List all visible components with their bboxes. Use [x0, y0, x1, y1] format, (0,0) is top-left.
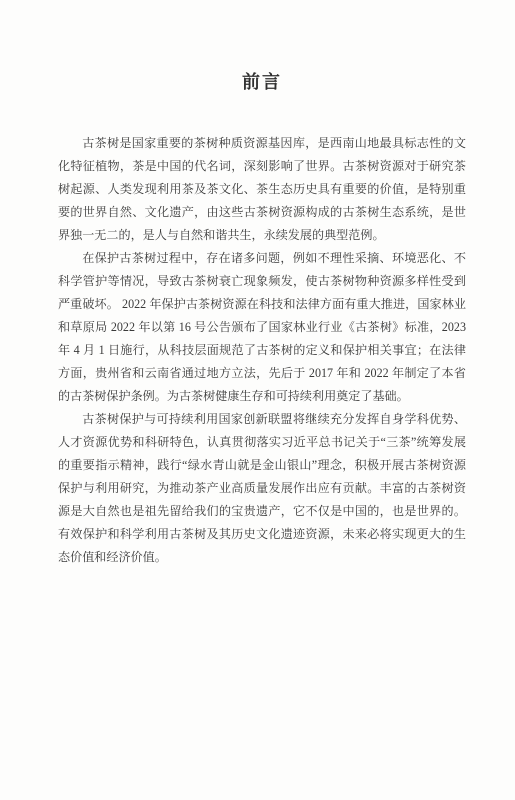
document-page: 前言 古茶树是国家重要的茶树种质资源基因库，是西南山地最具标志性的文化特征植物，…: [0, 0, 515, 800]
page-title: 前言: [58, 70, 466, 94]
paragraph-protection-progress: 在保护古茶树过程中，存在诸多问题，例如不理性采摘、环境恶化、不科学管护等情况，导…: [58, 247, 466, 408]
paragraph-tea-tree-importance: 古茶树是国家重要的茶树种质资源基因库，是西南山地最具标志性的文化特征植物，茶是中…: [58, 132, 466, 247]
paragraph-alliance-outlook: 古茶树保护与可持续利用国家创新联盟将继续充分发挥自身学科优势、人才资源优势和科研…: [58, 408, 466, 569]
document-body: 古茶树是国家重要的茶树种质资源基因库，是西南山地最具标志性的文化特征植物，茶是中…: [58, 132, 466, 569]
